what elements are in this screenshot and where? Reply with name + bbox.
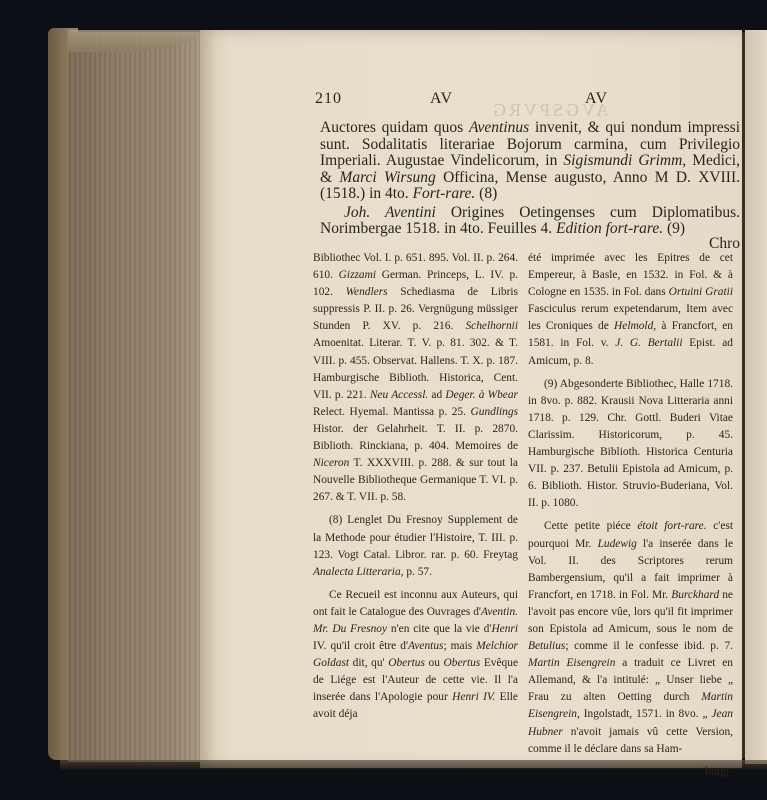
italic-run: J. G. Bertalii — [615, 337, 682, 349]
facing-page-edge — [745, 30, 767, 764]
italic-run: Fort-rare. — [413, 185, 476, 202]
footnote-paragraph: (9) Abgesonderte Bibliothec, Halle 1718.… — [528, 376, 733, 513]
italic-run: Burckhard — [671, 589, 719, 601]
italic-run: Obertus — [444, 657, 481, 669]
text-run: , Ingolstadt, 1571. in 8vo. „ — [577, 708, 712, 720]
italic-run: Deger. à Wbear — [445, 389, 518, 401]
entry-paragraph: Joh. Aventini Origines Oetingenses cum D… — [320, 205, 740, 238]
italic-run: Marci Wirsung — [339, 169, 435, 186]
italic-run: Neu Accessl. — [370, 389, 428, 401]
running-head-right: AV — [585, 90, 608, 108]
text-run: ou — [425, 657, 444, 669]
italic-run: Aventin. — [481, 606, 518, 618]
footnote-column-right: été imprimée avec les Epitres de cet Emp… — [528, 250, 733, 781]
running-header: 210 AV AV — [315, 90, 745, 110]
text-run: , p. 57. — [401, 566, 432, 578]
italic-run: Edition fort-rare. — [556, 220, 663, 237]
italic-run: Gizzami — [339, 269, 376, 281]
page-number: 210 — [315, 90, 342, 108]
text-run: ; mais — [443, 640, 476, 652]
page-block-edges — [68, 32, 202, 762]
text-run: (9) — [663, 220, 685, 237]
text-run: Histor. der Gelahrheit. T. II. p. 2870. … — [313, 423, 518, 452]
footnote-paragraph: Bibliothec Vol. I. p. 651. 895. Vol. II.… — [313, 250, 518, 506]
footnote-paragraph: Cette petite piéce étoit fort-rare. c'es… — [528, 518, 733, 757]
catchword: burgi- — [528, 764, 733, 781]
italic-run: Sigismundi Grimm — [563, 152, 682, 169]
text-run: (8) — [475, 185, 497, 202]
italic-run: Niceron — [313, 457, 349, 469]
italic-run: Obertus — [388, 657, 425, 669]
text-run: (9) Abgesonderte Bibliothec, Halle 1718.… — [528, 378, 733, 510]
italic-run: Mr. Du Fresnoy — [313, 623, 387, 635]
italic-run: étoit fort-rare. — [637, 520, 706, 532]
text-run: n'en cite que la vie d' — [387, 623, 491, 635]
footnote-column-left: Bibliothec Vol. I. p. 651. 895. Vol. II.… — [313, 250, 518, 730]
italic-run: Ludewig — [598, 538, 637, 550]
text-run: (8) Lenglet Du Fresnoy Supplement de la … — [313, 514, 518, 560]
footnote-paragraph: Ce Recueil est inconnu aux Auteurs, qui … — [313, 587, 518, 724]
entry-paragraph: Auctores quidam quos Aventinus invenit, … — [320, 120, 740, 203]
footnote-paragraph: (8) Lenglet Du Fresnoy Supplement de la … — [313, 512, 518, 580]
text-run: ad — [428, 389, 445, 401]
italic-run: Wendlers — [346, 286, 388, 298]
italic-run: Analecta Litteraria — [313, 566, 401, 578]
text-run: Auctores quidam quos — [320, 119, 469, 136]
italic-run: Martin Eisengrein — [528, 657, 615, 669]
running-head-left: AV — [430, 90, 453, 108]
italic-run: Ortuini Gratii — [669, 286, 733, 298]
italic-run: Aventinus — [469, 119, 529, 136]
italic-run: Gundlings — [471, 406, 518, 418]
italic-run: Schelhornii — [465, 320, 518, 332]
italic-run: Henri — [491, 623, 518, 635]
italic-run: Betulius — [528, 640, 565, 652]
main-entry-block: Auctores quidam quos Aventinus invenit, … — [320, 120, 740, 252]
text-run: dit, qu' — [349, 657, 388, 669]
text-run: Relect. Hyemal. Mantissa p. 25. — [313, 406, 471, 418]
text-run: IV. qu'il croit être d' — [313, 640, 408, 652]
text-run: ; comme il le confesse ibid. p. 7. — [565, 640, 733, 652]
footnote-paragraph: été imprimée avec les Epitres de cet Emp… — [528, 250, 733, 370]
italic-run: Joh. Aventini — [344, 204, 436, 221]
italic-run: Aventus — [408, 640, 443, 652]
italic-run: Helmold — [614, 320, 653, 332]
italic-run: Henri IV. — [452, 691, 495, 703]
text-run: Cette petite piéce — [544, 520, 637, 532]
